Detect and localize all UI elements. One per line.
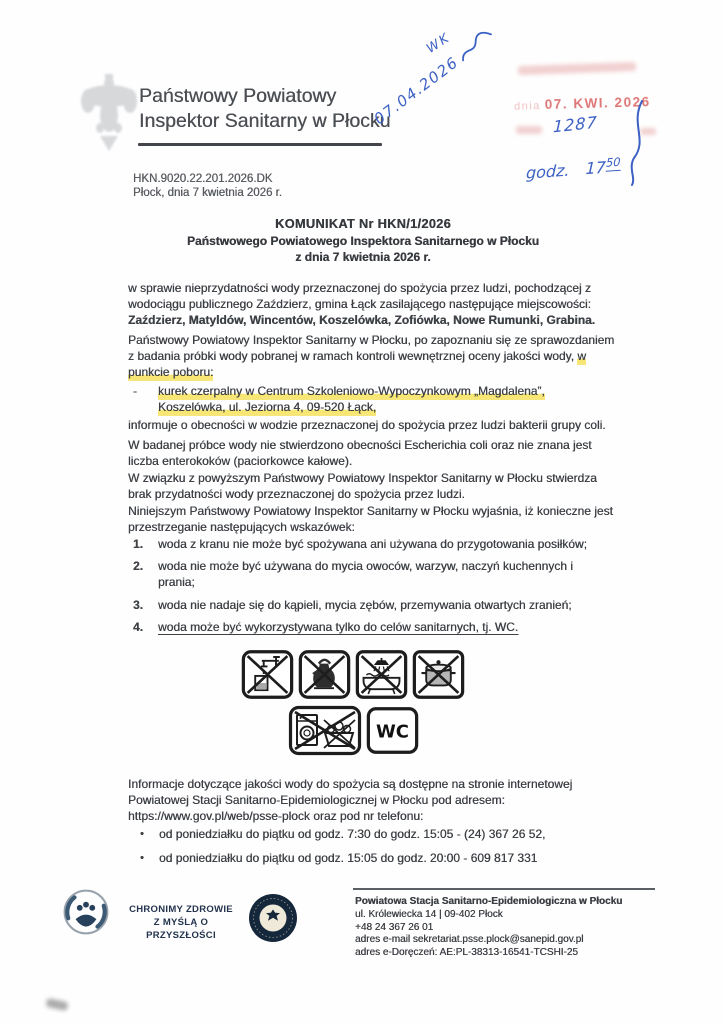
letterhead-org-name: Państwowy Powiatowy Inspektor Sanitarny …	[139, 84, 390, 134]
phone-hours-item: • od poniedziałku do piątku od godz. 7:3…	[140, 826, 620, 842]
phone-hours-item: • od poniedziałku do piątku od godz. 15:…	[140, 850, 620, 866]
time-minutes: 50	[606, 155, 621, 172]
footer-divider	[353, 888, 655, 890]
phone-hours-list: • od poniedziałku do piątku od godz. 7:3…	[140, 826, 620, 874]
scanned-letter-page: Państwowy Powiatowy Inspektor Sanitarny …	[0, 0, 724, 1024]
title-line2: Państwowego Powiatowego Inspektora Sanit…	[128, 233, 598, 250]
address-line: Powiatowa Stacja Sanitarno-Epidemiologic…	[355, 896, 622, 909]
water-use-pictograms: WC	[0, 648, 715, 756]
dash-marker: -	[133, 383, 158, 415]
no-washing-laundry-icon	[288, 705, 362, 756]
state-eagle-logo	[80, 70, 138, 156]
title-line3: z dnia 7 kwietnia 2026 r.	[128, 249, 598, 266]
guideline-text: woda nie nadaje się do kąpieli, mycia zę…	[158, 597, 572, 613]
scan-smudge	[45, 998, 68, 1011]
pictogram-row-bottom: WC	[288, 705, 419, 756]
org-name-line1: Państwowy Powiatowy	[139, 84, 390, 109]
health-protection-logo	[62, 888, 110, 936]
sampling-point-item: - kurek czerpalny w Centrum Szkoleniowo-…	[133, 383, 621, 415]
wc-allowed-icon: WC	[366, 705, 419, 756]
phone-hours-text: od poniedziałku do piątku od godz. 7:30 …	[159, 826, 545, 842]
handwritten-initials: WK	[424, 30, 453, 56]
stamp-faint-label	[516, 126, 542, 134]
handwritten-entry-number: 1287	[553, 113, 598, 137]
no-drinking-tap-water-icon	[241, 648, 294, 701]
slogan-line2: Z MYŚLĄ O PRZYSZŁOŚCI	[118, 916, 244, 942]
handwritten-time: godz.1750	[526, 155, 621, 183]
place-and-date: Płock, dnia 7 kwietnia 2026 r.	[133, 186, 282, 200]
paragraph-guidelines-intro: Niniejszym Państwowy Powiatowy Inspektor…	[128, 503, 618, 535]
address-line: ul. Królewiecka 14 | 09-402 Płock	[355, 909, 622, 922]
footer-slogan: CHRONIMY ZDROWIE Z MYŚLĄ O PRZYSZŁOŚCI	[118, 903, 244, 942]
time-label: godz.	[526, 161, 570, 183]
guideline-number: 1.	[133, 536, 158, 552]
reference-number: HKN.9020.22.201.2026.DK	[133, 172, 272, 186]
address-line: adres e-mail sekretariat.psse.plock@sane…	[355, 934, 622, 947]
paragraph-sampling: Państwowy Powiatowy Inspektor Sanitarny …	[128, 332, 618, 380]
stamp-faint-line	[518, 62, 636, 75]
subject-text: w sprawie nieprzydatności wody przeznacz…	[128, 281, 591, 311]
pen-paraph-squiggle	[622, 98, 650, 188]
bullet-dot: •	[140, 826, 159, 842]
guidelines-list: 1. woda z kranu nie może być spożywana a…	[133, 536, 621, 641]
sampling-point-address: kurek czerpalny w Centrum Szkoleniowo-Wy…	[158, 384, 545, 416]
info-suffix: oraz pod nr telefonu:	[313, 809, 423, 823]
guideline-number: 3.	[133, 597, 158, 613]
footer-address-block: Powiatowa Stacja Sanitarno-Epidemiologic…	[355, 896, 622, 960]
letterhead-divider	[138, 143, 382, 146]
guideline-number: 4.	[133, 619, 158, 635]
guideline-item: 4. woda może być wykorzystywana tylko do…	[133, 619, 621, 635]
address-line: adres e-Doręczeń: AE:PL-38313-16541-TCSH…	[355, 947, 622, 960]
pictogram-row-top	[241, 648, 465, 701]
bullet-dot: •	[140, 850, 159, 866]
slogan-line1: CHRONIMY ZDROWIE	[118, 903, 244, 916]
no-cooking-icon	[412, 648, 465, 701]
phone-hours-text: od poniedziałku do piątku od godz. 15:05…	[159, 850, 537, 866]
svg-text:WC: WC	[375, 722, 408, 743]
title-line1: KOMUNIKAT Nr HKN/1/2026	[128, 216, 598, 233]
info-url: https://www.gov.pl/web/psse-plock	[128, 809, 310, 823]
guideline-number: 2.	[133, 558, 158, 590]
sanitary-inspection-badge	[247, 892, 299, 944]
paragraph-unfit-statement: W związku z powyższym Państwowy Powiatow…	[128, 470, 618, 502]
subject-localities: Zaździerz, Matyldów, Wincentów, Koszelów…	[128, 313, 595, 327]
org-name-line2: Inspektor Sanitarny w Płocku	[139, 109, 390, 134]
communique-title: KOMUNIKAT Nr HKN/1/2026 Państwowego Powi…	[128, 216, 598, 266]
pen-flourish	[454, 26, 498, 66]
guideline-item: 2. woda nie może być używana do mycia ow…	[133, 558, 621, 590]
no-kettle-icon	[298, 648, 351, 701]
no-bathing-icon	[355, 648, 408, 701]
paragraph-info: Informacje dotyczące jakości wody do spo…	[128, 776, 618, 824]
sampling-text: Państwowy Powiatowy Inspektor Sanitarny …	[128, 333, 614, 363]
time-hour: 17	[585, 158, 606, 179]
guideline-text: woda z kranu nie może być spożywana ani …	[158, 536, 587, 552]
address-line: +48 24 367 26 01	[355, 922, 622, 935]
info-text: Informacje dotyczące jakości wody do spo…	[128, 777, 572, 807]
guideline-item: 3. woda nie nadaje się do kąpieli, mycia…	[133, 597, 621, 613]
paragraph-subject: w sprawie nieprzydatności wody przeznacz…	[128, 280, 618, 328]
paragraph-coli: informuje o obecności w wodzie przeznacz…	[128, 417, 618, 433]
paragraph-sample-results: W badanej próbce wody nie stwierdzono ob…	[128, 437, 618, 469]
guideline-text: woda nie może być używana do mycia owocó…	[158, 558, 578, 590]
stamp-date-label: dnia	[514, 100, 541, 113]
guideline-text: woda może być wykorzystywana tylko do ce…	[158, 619, 518, 635]
guideline-item: 1. woda z kranu nie może być spożywana a…	[133, 536, 621, 552]
